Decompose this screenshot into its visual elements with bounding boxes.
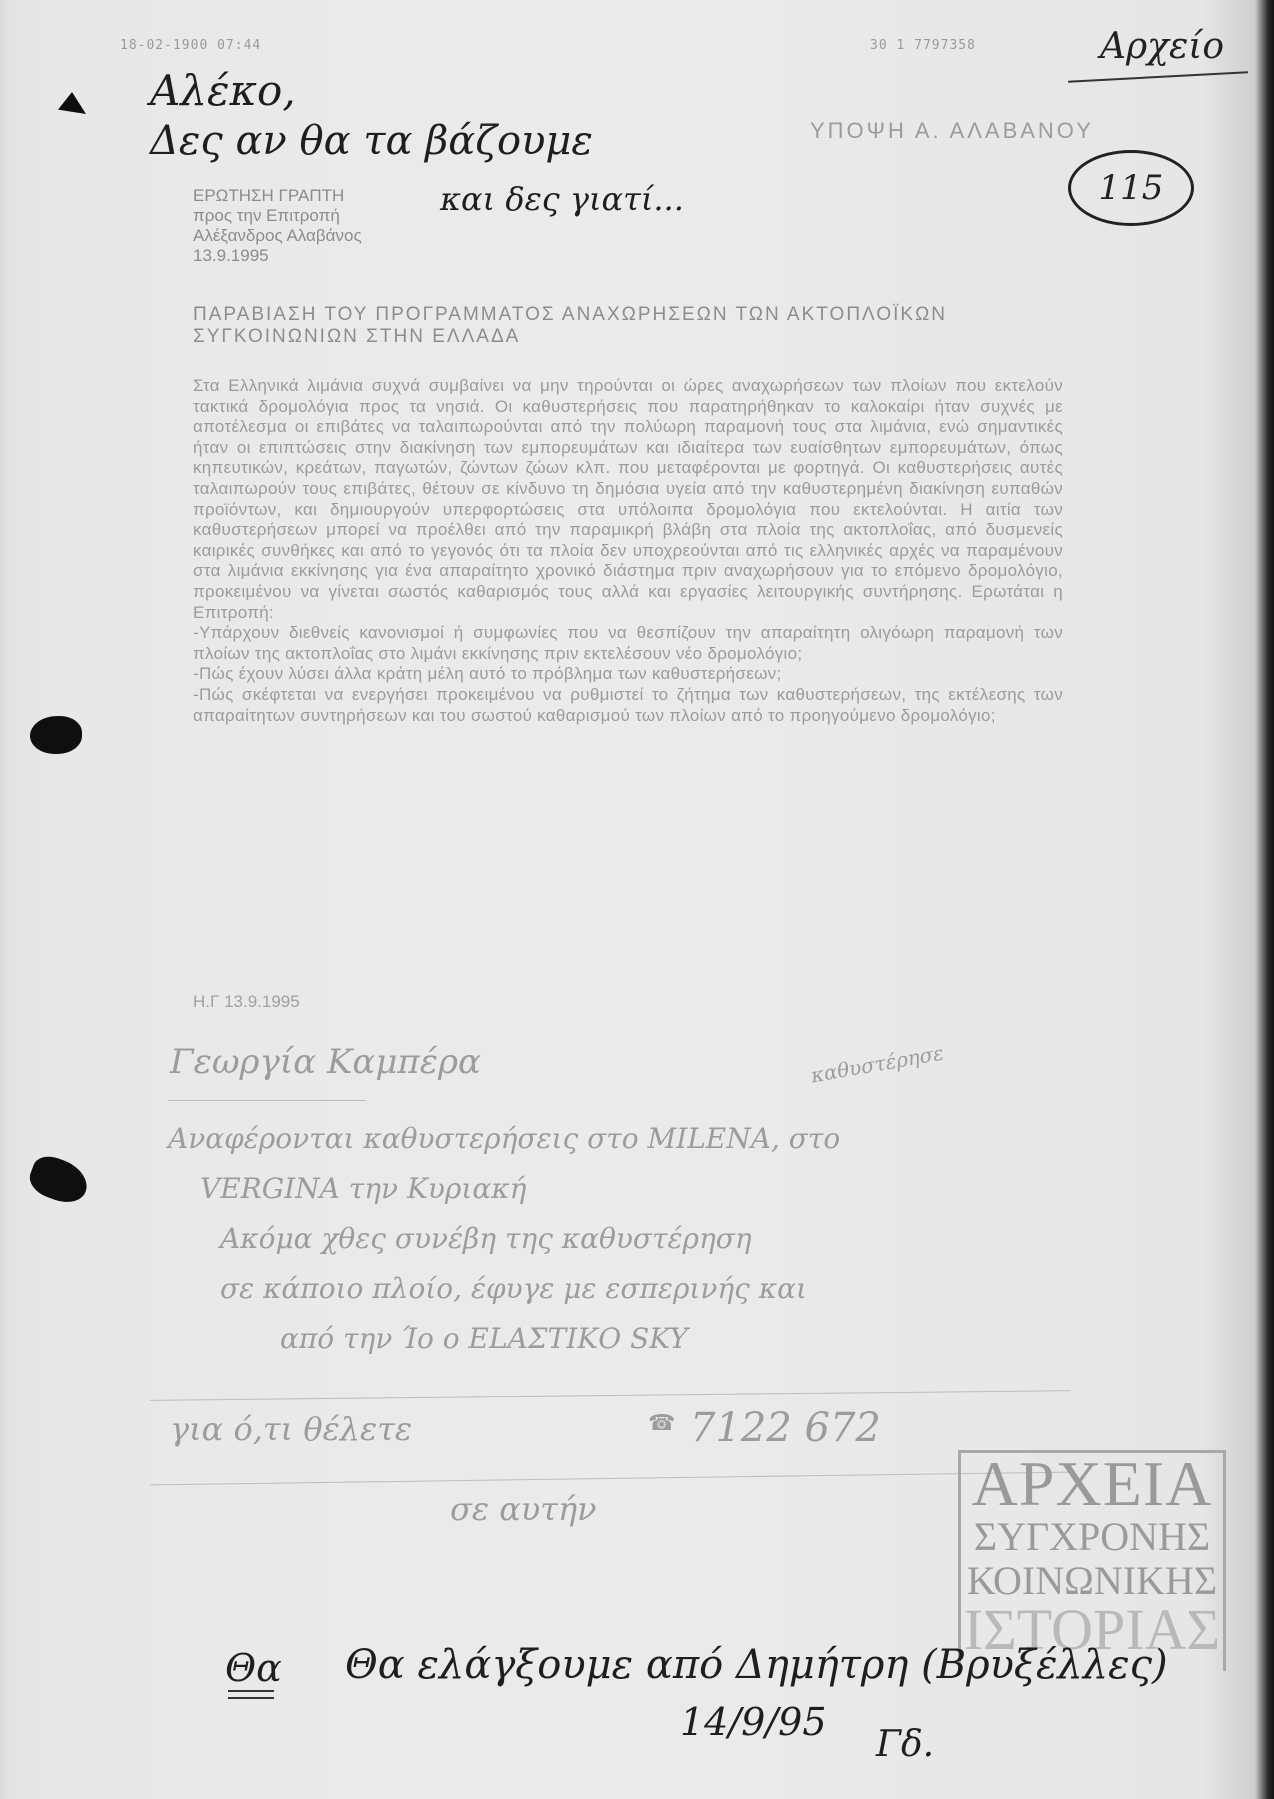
handwritten-phone-number: 7122 672 [690,1405,881,1451]
fax-timestamp: 18-02-1900 07:44 [120,38,261,53]
handwritten-final-prefix: Θα [225,1646,282,1690]
fax-sender-label: ΥΠΟΨΗ Α. ΑΛΑΒΑΝΟΥ [810,118,1094,144]
handwritten-final-note: Θα ελάγξουμε από Δημήτρη (Βρυξέλλες) [345,1642,1168,1688]
question-item: -Πώς σκέφτεται να ενεργήσει προκειμένου … [193,685,1063,726]
archive-stamp: ΑΡΧΕΙΑ ΣΥΓΧΡΟΝΗΣ ΚΟΙΝΩΝΙΚΗΣ ΙΣΤΟΡΙΑΣ [958,1450,1226,1671]
handwritten-note-line: Αναφέρονται καθυστερήσεις στο MILENA, στ… [168,1122,840,1155]
folio-number-circle: 115 [1068,150,1194,226]
handwritten-note-line: από την Ίο ο ELAΣΤΙΚΟ SKY [280,1322,688,1355]
folio-number: 115 [1099,168,1164,208]
archive-handwritten-label: Αρχείο [1100,26,1224,67]
body-paragraph: Στα Ελληνικά λιμάνια συχνά συμβαίνει να … [193,376,1063,623]
document-type: ΕΡΩΤΗΣΗ ΓΡΑΠΤΗ [193,186,344,205]
handwritten-initials: Γδ. [876,1724,934,1765]
handwritten-note-line: VERGINA την Κυριακή [200,1172,526,1205]
stamp-line: ΑΡΧΕΙΑ [961,1453,1223,1515]
ink-mark-icon [58,92,86,114]
handwritten-phone-note: για ό,τι θέλετε [170,1410,412,1448]
pencil-divider [150,1472,1070,1486]
double-underline [228,1697,274,1699]
question-item: -Υπάρχουν διεθνείς κανονισμοί ή συμφωνίε… [193,623,1063,664]
handwritten-greeting: Αλέκο, [150,66,296,115]
initials-date: Η.Γ 13.9.1995 [193,992,300,1011]
handwritten-final-date: 14/9/95 [680,1700,827,1744]
phone-icon: ☎ [648,1410,675,1436]
handwritten-name: Γεωργία Καμπέρα [170,1042,481,1082]
handwritten-note-line: σε κάποιο πλοίο, έφυγε με εσπερινής και [220,1272,807,1305]
document-body: Στα Ελληνικά λιμάνια συχνά συμβαίνει να … [193,376,1063,726]
handwritten-note-line: Ακόμα χθες συνέβη της καθυστέρηση [220,1222,752,1255]
handwritten-note-line: σε αυτήν [450,1490,597,1528]
archive-label-underline [1068,71,1248,82]
stamp-line: ΣΥΓΧΡΟΝΗΣ [961,1515,1223,1559]
document-date: 13.9.1995 [193,246,269,265]
punch-hole-icon [30,716,82,754]
punch-hole-icon [25,1151,93,1208]
document-title-line1: ΠΑΡΑΒΙΑΣΗ ΤΟΥ ΠΡΟΓΡΑΜΜΑΤΟΣ ΑΝΑΧΩΡΗΣΕΩΝ Τ… [193,304,947,326]
double-underline [228,1690,274,1692]
document-author: Αλέξανδρος Αλαβάνος [193,226,362,245]
document-addressee: προς την Επιτροπή [193,206,340,225]
fax-number: 30 1 7797358 [870,38,976,53]
name-underline [168,1100,366,1101]
scanned-document-page: 18-02-1900 07:44 30 1 7797358 Αρχείο Αλέ… [0,0,1274,1799]
document-title-line2: ΣΥΓΚΟΙΝΩΝΙΩΝ ΣΤΗΝ ΕΛΛΑΔΑ [193,326,520,348]
question-item: -Πώς έχουν λύσει άλλα κράτη μέλη αυτό το… [193,664,1063,685]
handwritten-note-line: και δες γιατί... [440,180,684,218]
handwritten-insertion: καθυστέρησε [809,1041,946,1088]
pencil-divider [150,1390,1070,1401]
handwritten-note-line: Δες αν θα τα βάζουμε [150,118,593,164]
